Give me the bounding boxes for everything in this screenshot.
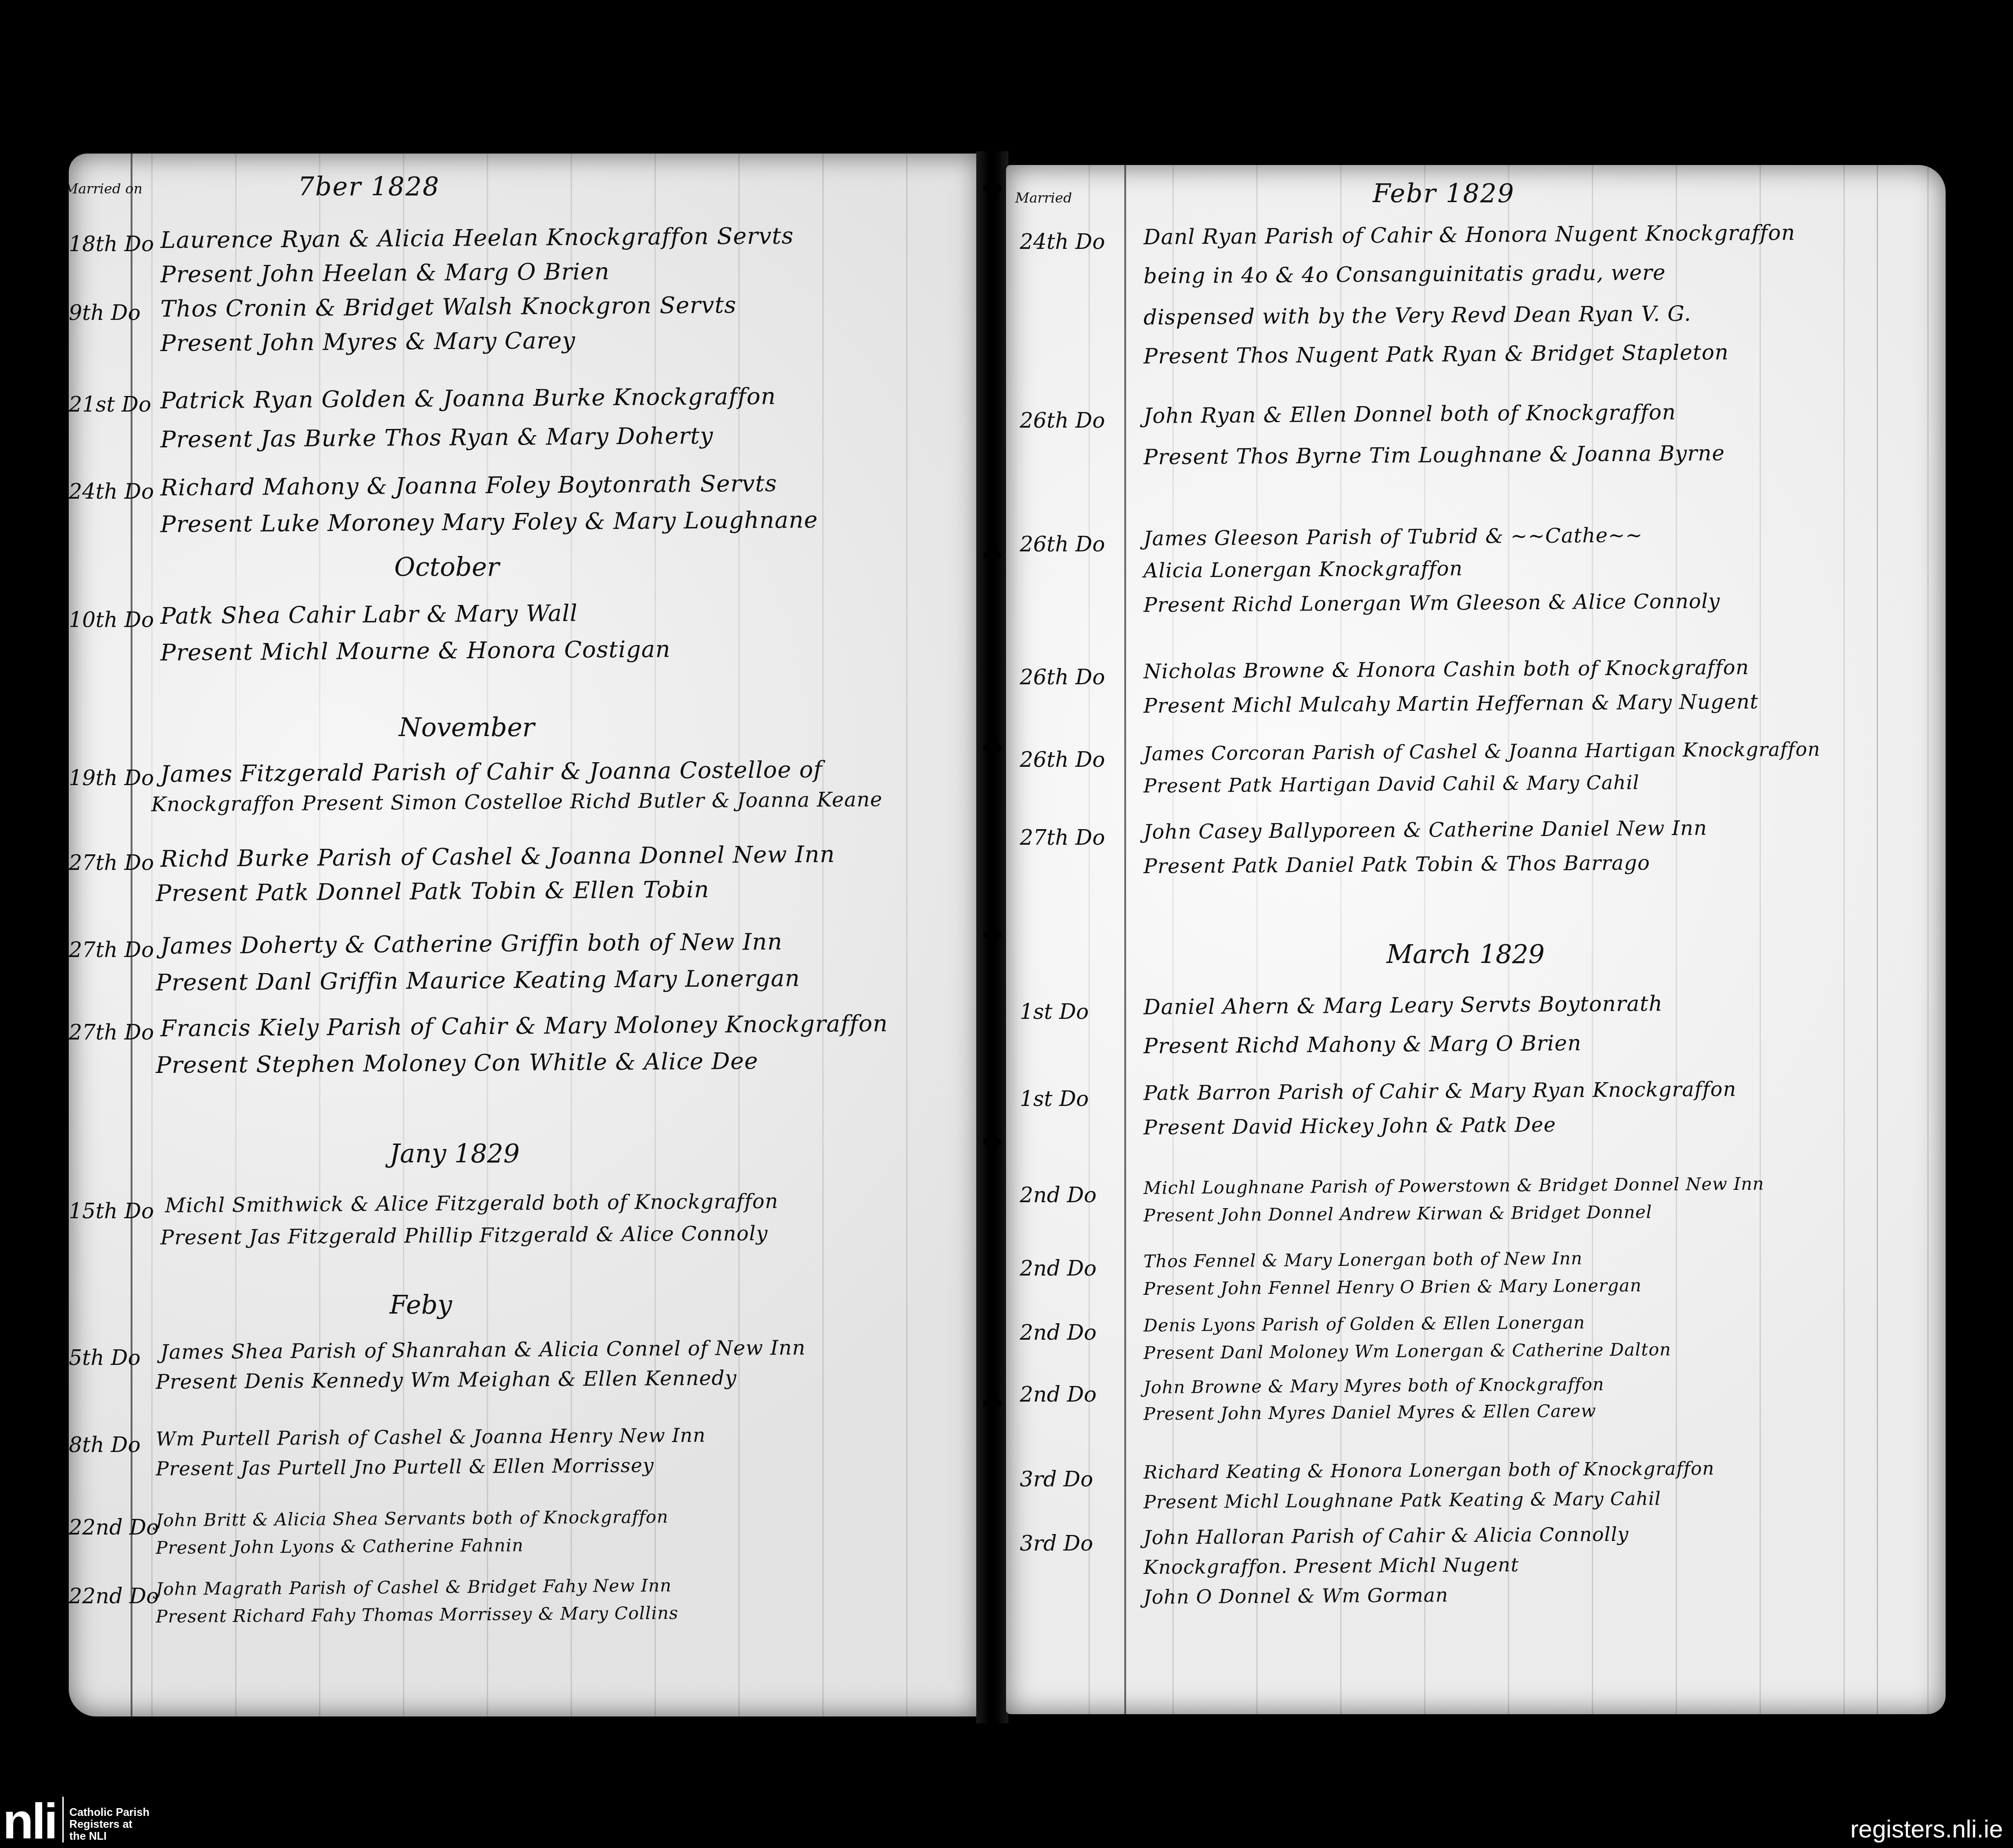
entry-date: 15th Do — [69, 1199, 160, 1223]
logo-line: Registers at — [69, 1818, 132, 1831]
entry-line: Present Michl Mourne & Honora Costigan — [160, 636, 671, 666]
entry-line: Daniel Ahern & Marg Leary Servts Boytonr… — [1144, 991, 1663, 1019]
entry-line: Present Stephen Moloney Con Whitle & Ali… — [156, 1048, 759, 1078]
entry-line: Present John Myres & Mary Carey — [160, 327, 576, 357]
page-heading: Febr 1829 — [1373, 179, 1515, 209]
entry-line: Present Luke Moroney Mary Foley & Mary L… — [160, 506, 818, 538]
entry-date: 18th Do — [69, 231, 160, 256]
entry-date: 5th Do — [69, 1345, 160, 1370]
entry-date: 2nd Do — [1020, 1182, 1111, 1207]
entry-line: Present Danl Griffin Maurice Keating Mar… — [156, 965, 800, 996]
entry-line: Thos Cronin & Bridget Walsh Knockgron Se… — [160, 291, 737, 322]
logo-text: Catholic Parish Registers at the NLI — [69, 1807, 149, 1842]
entry-line: Patk Barron Parish of Cahir & Mary Ryan … — [1144, 1078, 1737, 1105]
logo-line: the NLI — [69, 1830, 106, 1842]
entry-line: Present Michl Mulcahy Martin Heffernan &… — [1144, 690, 1759, 718]
entry-line: Present Patk Donnel Patk Tobin & Ellen T… — [156, 876, 709, 907]
entry-date: 24th Do — [1020, 229, 1111, 254]
entry-line: Knockgraffon. Present Michl Nugent — [1144, 1553, 1519, 1578]
month-heading: Jany 1829 — [390, 1139, 520, 1169]
entry-line: James Doherty & Catherine Griffin both o… — [160, 929, 783, 959]
entry-line: Wm Purtell Parish of Cashel & Joanna Hen… — [156, 1424, 706, 1450]
binding-stitch — [983, 1398, 1001, 1408]
month-heading: October — [394, 552, 499, 582]
entry-line: Present Denis Kennedy Wm Meighan & Ellen… — [156, 1366, 737, 1394]
entry-line: John Halloran Parish of Cahir & Alicia C… — [1144, 1523, 1629, 1549]
margin-rule — [1124, 165, 1126, 1714]
entry-line: Nicholas Browne & Honora Cashin both of … — [1144, 656, 1749, 683]
nli-logo[interactable]: nli Catholic Parish Registers at the NLI — [0, 1797, 149, 1842]
entry-date: 2nd Do — [1020, 1382, 1111, 1407]
entry-line: Richard Mahony & Joanna Foley Boytonrath… — [160, 470, 777, 501]
entry-line: James Fitzgerald Parish of Cahir & Joann… — [160, 756, 823, 787]
nli-logo-mark: nli — [3, 1800, 56, 1843]
entry-line: Present John Lyons & Catherine Fahnin — [156, 1535, 524, 1558]
entry-date: 27th Do — [69, 1020, 160, 1045]
entry-line: Alicia Lonergan Knockgraffon — [1144, 557, 1463, 583]
binding-stitch — [983, 1137, 1001, 1147]
entry-line: John Magrath Parish of Cashel & Bridget … — [156, 1575, 672, 1599]
entry-line: Present Richard Fahy Thomas Morrissey & … — [156, 1603, 678, 1627]
entry-line: Present John Heelan & Marg O Brien — [160, 258, 610, 288]
entry-date: 3rd Do — [1020, 1467, 1111, 1491]
month-heading: November — [399, 713, 534, 742]
entry-line: Patk Shea Cahir Labr & Mary Wall — [160, 600, 578, 629]
entry-line: Present Patk Daniel Patk Tobin & Thos Ba… — [1144, 851, 1650, 878]
entry-line: Present John Myres Daniel Myres & Ellen … — [1144, 1401, 1596, 1424]
entry-line: Thos Fennel & Mary Lonergan both of New … — [1144, 1248, 1583, 1271]
entry-date: 1st Do — [1020, 1086, 1111, 1111]
entry-date: 8th Do — [69, 1432, 160, 1457]
column-header: Married — [1015, 190, 1072, 206]
entry-line: Present Thos Byrne Tim Loughnane & Joann… — [1144, 440, 1725, 469]
entry-line: Present Michl Loughnane Patk Keating & M… — [1144, 1488, 1661, 1513]
entry-line: Francis Kiely Parish of Cahir & Mary Mol… — [160, 1010, 888, 1042]
entry-line: Present Jas Fitzgerald Phillip Fitzgeral… — [160, 1222, 768, 1249]
entry-line: James Shea Parish of Shanrahan & Alicia … — [160, 1336, 806, 1364]
entry-date: 19th Do — [69, 765, 160, 790]
entry-line: John Ryan & Ellen Donnel both of Knockgr… — [1144, 400, 1676, 428]
entry-date: 26th Do — [1020, 747, 1111, 772]
entry-line: Michl Smithwick & Alice Fitzgerald both … — [165, 1190, 779, 1217]
left-register-page: Married on 7ber 1828 18th Do Laurence Ry… — [69, 154, 981, 1716]
entry-date: 10th Do — [69, 607, 160, 632]
entry-line: John Browne & Mary Myres both of Knockgr… — [1144, 1374, 1604, 1397]
entry-date: 26th Do — [1020, 665, 1111, 689]
column-header: Married on — [69, 181, 143, 197]
entry-line: Present Patk Hartigan David Cahil & Mary… — [1144, 771, 1639, 797]
entry-line: Present Jas Burke Thos Ryan & Mary Doher… — [160, 423, 714, 453]
page-heading: 7ber 1828 — [298, 172, 440, 202]
entry-line: Knockgraffon Present Simon Costelloe Ric… — [151, 788, 883, 816]
entry-date: 21st Do — [69, 392, 160, 417]
entry-line: John Casey Ballyporeen & Catherine Danie… — [1144, 816, 1707, 844]
logo-divider — [62, 1797, 64, 1842]
logo-line: Catholic Parish — [69, 1806, 149, 1819]
margin-rule — [1877, 165, 1878, 1714]
site-url-link[interactable]: registers.nli.ie — [1850, 1815, 2003, 1843]
entry-date: 1st Do — [1020, 999, 1111, 1024]
binding-stitch — [983, 930, 1001, 940]
entry-date: 9th Do — [69, 300, 160, 325]
entry-line: Present John Donnel Andrew Kirwan & Brid… — [1144, 1202, 1652, 1226]
margin-rule — [131, 154, 132, 1716]
entry-line: John O Donnel & Wm Gorman — [1144, 1584, 1448, 1608]
entry-date: 3rd Do — [1020, 1531, 1111, 1556]
entry-date: 26th Do — [1020, 532, 1111, 556]
entry-line: Present John Fennel Henry O Brien & Mary… — [1144, 1275, 1642, 1299]
entry-line: Denis Lyons Parish of Golden & Ellen Lon… — [1144, 1312, 1585, 1336]
entry-date: 22nd Do — [69, 1515, 160, 1540]
right-register-page: Married Febr 1829 24th Do Danl Ryan Pari… — [1006, 165, 1946, 1714]
entry-date: 27th Do — [69, 850, 160, 875]
entry-date: 2nd Do — [1020, 1320, 1111, 1345]
entry-line: Present Thos Nugent Patk Ryan & Bridget … — [1144, 340, 1729, 368]
entry-date: 27th Do — [1020, 825, 1111, 850]
entry-date: 27th Do — [69, 937, 160, 962]
binding-stitch — [983, 183, 1001, 193]
entry-line: dispensed with by the Very Revd Dean Rya… — [1144, 301, 1691, 330]
binding-stitch — [983, 550, 1001, 560]
entry-date: 2nd Do — [1020, 1256, 1111, 1281]
entry-line: Present Richd Mahony & Marg O Brien — [1144, 1030, 1582, 1058]
binding-stitch — [983, 742, 1001, 753]
entry-line: James Gleeson Parish of Tubrid & ~~Cathe… — [1144, 523, 1643, 550]
entry-line: Patrick Ryan Golden & Joanna Burke Knock… — [160, 383, 776, 414]
entry-line: being in 4o & 4o Consanguinitatis gradu,… — [1144, 260, 1666, 288]
entry-line: Present Jas Purtell Jno Purtell & Ellen … — [156, 1454, 654, 1480]
entry-line: Present Richd Lonergan Wm Gleeson & Alic… — [1144, 589, 1720, 617]
entry-line: James Corcoran Parish of Cashel & Joanna… — [1144, 738, 1820, 765]
entry-date: 26th Do — [1020, 408, 1111, 433]
entry-line: Present David Hickey John & Patk Dee — [1144, 1113, 1556, 1139]
month-heading: March 1829 — [1386, 940, 1545, 969]
entry-line: Laurence Ryan & Alicia Heelan Knockgraff… — [160, 222, 794, 253]
entry-date: 24th Do — [69, 479, 160, 504]
entry-date: 22nd Do — [69, 1584, 160, 1608]
entry-line: Present Danl Moloney Wm Lonergan & Cathe… — [1144, 1339, 1672, 1363]
entry-line: Richard Keating & Honora Lonergan both o… — [1144, 1458, 1715, 1483]
entry-line: Richd Burke Parish of Cashel & Joanna Do… — [160, 841, 835, 872]
entry-line: Danl Ryan Parish of Cahir & Honora Nugen… — [1144, 220, 1795, 249]
entry-line: Michl Loughnane Parish of Powerstown & B… — [1144, 1174, 1765, 1198]
month-heading: Feby — [390, 1290, 452, 1320]
entry-line: John Britt & Alicia Shea Servants both o… — [156, 1507, 669, 1530]
